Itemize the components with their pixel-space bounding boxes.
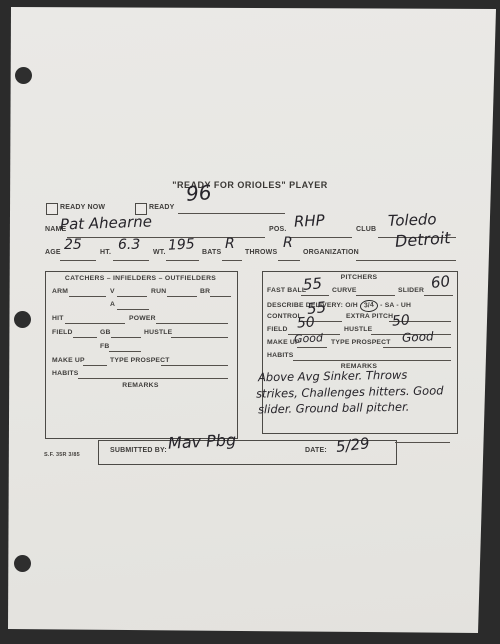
fielders-habits-fill-line: [78, 377, 228, 379]
scanned-scouting-report: { "form": { "title": "\"READY FOR ORIOLE…: [0, 0, 500, 644]
hit-fill-line: [65, 322, 125, 324]
age-fill-line: [60, 259, 96, 261]
ready-year-handwriting: 96: [185, 182, 212, 204]
throws-fill-line: [278, 259, 300, 261]
weight-handwriting: 195: [168, 237, 195, 252]
a-label: A: [110, 301, 115, 308]
delivery-suffix: - SA - UH: [380, 302, 411, 309]
pos-handwriting: RHP: [294, 213, 325, 230]
weight-fill-line: [166, 259, 199, 261]
fast-ball-label: FAST BALL: [267, 287, 306, 294]
height-fill-line: [113, 259, 149, 261]
arm-label: ARM: [52, 288, 68, 295]
club-label: CLUB: [356, 226, 376, 233]
pitchers-type-prospect-fill-line: [383, 346, 451, 348]
fielders-remarks-label: REMARKS: [45, 382, 236, 389]
hit-label: HIT: [52, 315, 64, 322]
throws-label: THROWS: [245, 249, 277, 256]
v-label: V: [110, 288, 115, 295]
fielders-hustle-label: HUSTLE: [144, 329, 172, 336]
club-handwriting: Toledo: [388, 212, 437, 229]
run-label: RUN: [151, 288, 166, 295]
pitchers-type-prospect-label: TYPE PROSPECT: [331, 339, 391, 346]
slider-handwriting: 60: [430, 274, 451, 291]
run-fill-line: [167, 295, 197, 297]
fb-label: FB: [100, 343, 109, 350]
pos-fill-line: [290, 236, 352, 238]
br-fill-line: [210, 295, 231, 297]
fielders-habits-label: HABITS: [52, 370, 79, 377]
date-handwriting: 5/29: [335, 436, 370, 455]
fast-ball-fill-line: [301, 294, 329, 296]
pitchers-type-prospect-handwriting: Good: [402, 330, 434, 344]
pitchers-box-title: PITCHERS: [262, 274, 456, 281]
organization-handwriting: Detroit: [395, 230, 452, 250]
bats-handwriting: R: [225, 237, 235, 251]
ready-fill-line: [178, 212, 285, 214]
delivery-label: DESCRIBE DELIVERY: O/H 3/4 - SA - UH: [267, 300, 411, 312]
form-code: S.F. 35R 3/85: [44, 452, 80, 458]
fielders-hustle-fill-line: [171, 336, 228, 338]
arm-fill-line: [69, 295, 106, 297]
punch-hole-bottom: [14, 555, 31, 572]
fielders-box-title: CATCHERS – INFIELDERS – OUTFIELDERS: [45, 275, 236, 282]
bats-fill-line: [222, 259, 242, 261]
submitted-by-signature: Mav Pbg: [168, 432, 237, 452]
fb-fill-line: [109, 350, 141, 352]
remarks-line-1: Above Avg Sinker. Throws: [258, 370, 408, 384]
ready-now-checkbox: [46, 203, 58, 215]
v-fill-line: [117, 295, 147, 297]
power-fill-line: [156, 322, 228, 324]
age-handwriting: 25: [64, 238, 82, 252]
throws-handwriting: R: [283, 236, 293, 250]
submitted-bar-extension-line: [395, 441, 450, 443]
punch-hole-top: [15, 67, 32, 84]
remarks-line-3: slider. Ground ball pitcher.: [258, 402, 410, 416]
pitchers-habits-label: HABITS: [267, 352, 294, 359]
fielders-field-fill-line: [73, 336, 97, 338]
submitted-by-label: SUBMITTED BY:: [110, 447, 167, 454]
pitchers-hustle-label: HUSTLE: [344, 326, 372, 333]
fielders-type-prospect-label: TYPE PROSPECT: [110, 357, 170, 364]
fast-ball-handwriting: 55: [302, 276, 322, 293]
ready-label: READY: [149, 204, 175, 211]
age-label: AGE: [45, 249, 61, 256]
organization-fill-line: [356, 259, 456, 261]
pitchers-hustle-handwriting: 50: [391, 313, 410, 329]
fielders-type-prospect-fill-line: [161, 364, 228, 366]
a-fill-line: [117, 308, 149, 310]
pitchers-makeup-handwriting: Good: [294, 332, 324, 345]
power-label: POWER: [129, 315, 156, 322]
date-label: DATE:: [305, 447, 327, 454]
pos-label: POS.: [269, 226, 287, 233]
name-handwriting: Pat Ahearne: [60, 214, 152, 232]
pitchers-habits-fill-line: [293, 359, 451, 361]
bats-label: BATS: [202, 249, 221, 256]
pitchers-makeup-fill-line: [297, 346, 327, 348]
pitchers-field-label: FIELD: [267, 326, 288, 333]
slider-label: SLIDER: [398, 287, 424, 294]
weight-label: WT.: [153, 249, 166, 256]
fielders-makeup-fill-line: [83, 364, 107, 366]
gb-label: GB: [100, 329, 111, 336]
fielders-makeup-label: MAKE UP: [52, 357, 85, 364]
punch-hole-middle: [14, 311, 31, 328]
pitchers-field-handwriting: 50: [297, 315, 316, 330]
slider-fill-line: [424, 294, 453, 296]
height-handwriting: 6.3: [118, 238, 140, 252]
curve-fill-line: [356, 294, 395, 296]
gb-fill-line: [111, 336, 141, 338]
delivery-circled-value: 3/4: [360, 299, 379, 312]
extra-pitch-label: EXTRA PITCH: [346, 313, 393, 320]
curve-label: CURVE: [332, 287, 357, 294]
fielders-field-label: FIELD: [52, 329, 73, 336]
br-label: BR: [200, 288, 210, 295]
form-title: "READY FOR ORIOLES" PLAYER: [45, 180, 455, 190]
ready-now-label: READY NOW: [60, 204, 105, 211]
height-label: HT.: [100, 249, 111, 256]
organization-label: ORGANIZATION: [303, 249, 359, 256]
name-fill-line: [67, 236, 265, 238]
